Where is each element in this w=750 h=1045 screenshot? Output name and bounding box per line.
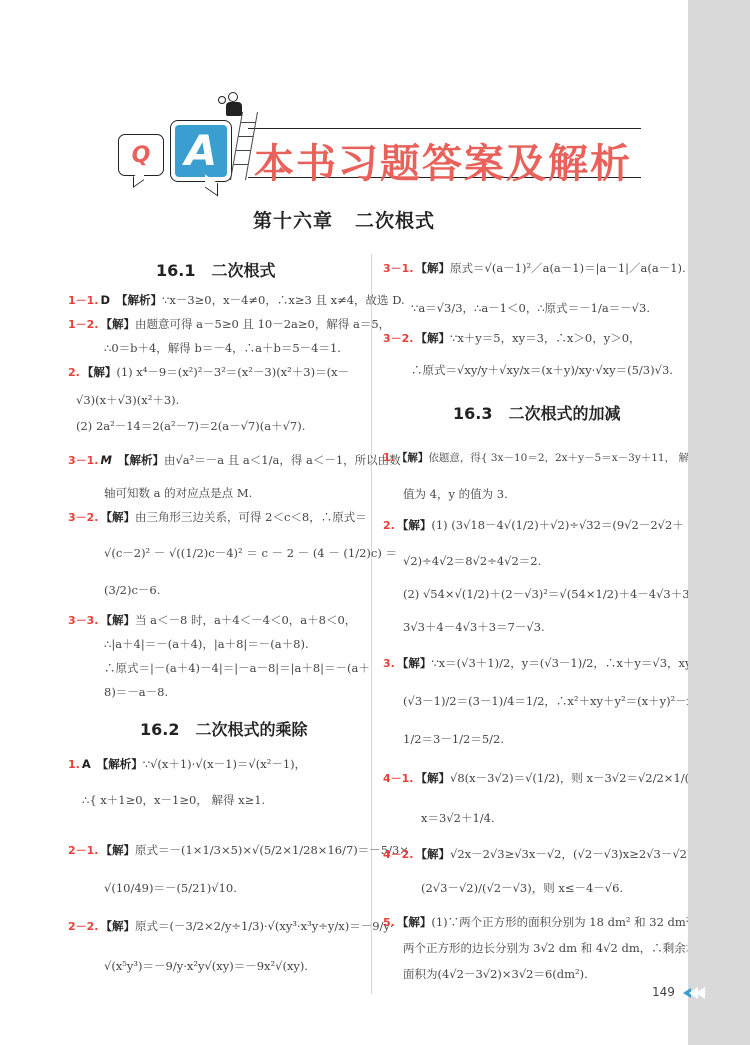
a-label: A	[185, 130, 218, 172]
answer-line: (3/2)c－6.	[104, 582, 160, 598]
chapter-number: 第十六章	[253, 210, 333, 232]
answer-line: 3√3＋4－4√3＋3＝7－√3.	[403, 619, 545, 635]
banner-title: 本书习题答案及解析	[254, 132, 632, 189]
answer-line: 2－2.【解】原式＝(－3/2×2/y÷1/3)·√(xy³·x³y÷y/x)＝…	[68, 918, 394, 935]
answer-line: 2－1.【解】原式＝－(1×1/3×5)×√(5/2×1/28×16/7)＝－5…	[68, 842, 409, 859]
textbook-page: Q A 本书习题答案及解析 第十六章二次根式 16.1 二次根式 1－1.D【解…	[0, 0, 688, 1045]
answer-line: 8)＝－a－8.	[104, 684, 168, 700]
answer-line: √(c－2)² － √((1/2)c－4)² ＝ c － 2 － (4 － (1…	[104, 545, 397, 561]
answer-line: 2.【解】(1) x⁴－9＝(x²)²－3²＝(x²－3)(x²＋3)＝(x－	[68, 364, 349, 381]
answer-line: 3－2.【解】∵x＋y＝5，xy＝3，∴x＞0，y＞0，	[383, 330, 641, 347]
answer-line: ∴原式＝|－(a＋4)－4|＝|－a－8|＝|a＋8|＝－(a＋	[104, 660, 370, 676]
section-title-16-2: 16.2 二次根式的乘除	[140, 717, 307, 740]
answer-line: 1/2＝3－1/2＝5/2.	[403, 731, 504, 747]
column-divider	[371, 254, 372, 994]
chapter-title: 第十六章二次根式	[0, 206, 688, 233]
a-bubble-icon: A	[170, 120, 232, 182]
page-margin-gray	[688, 0, 750, 1045]
answer-line: 值为 4，y 的值为 3.	[403, 486, 508, 502]
answer-line: ∴0＝b＋4，解得 b＝－4，∴a＋b＝5－4＝1.	[104, 340, 341, 356]
banner-rule-top	[248, 128, 641, 129]
answer-line: (2) 2a²－14＝2(a²－7)＝2(a－√7)(a＋√7).	[76, 418, 305, 434]
answer-line: 1.A【解析】∵√(x＋1)·√(x－1)＝√(x²－1)，	[68, 756, 306, 773]
chapter-name: 二次根式	[355, 210, 435, 232]
answer-line: 5.【解】(1)∵两个正方形的面积分别为 18 dm² 和 32 dm²，∴这	[383, 914, 725, 931]
answer-line: (2) √54×√(1/2)＋(2－√3)²＝√(54×1/2)＋4－4√3＋3…	[403, 586, 701, 602]
answer-line: √(10/49)＝－(5/21)√10.	[104, 880, 237, 896]
answer-line: 面积为(4√2－3√2)×3√2＝6(dm²).	[403, 966, 588, 982]
answer-line: 1－1.D【解析】∵x－3≥0，x－4≠0，∴x≥3 且 x≠4，故选 D.	[68, 292, 405, 309]
magnifier-person-icon	[218, 92, 244, 122]
answer-line: x＝3√2＋1/4.	[421, 810, 495, 826]
q-bubble-icon: Q	[118, 134, 164, 176]
answer-line: 3－3.【解】当 a＜－8 时，a＋4＜－4＜0，a＋8＜0，	[68, 612, 356, 629]
answer-line: ∴{ x＋1≥0，x－1≥0， 解得 x≥1.	[82, 792, 265, 808]
answer-line: √2)÷4√2＝8√2÷4√2＝2.	[403, 553, 541, 569]
answer-line: (2√3－√2)/(√2－√3)，则 x≤－4－√6.	[421, 880, 623, 896]
answer-banner: Q A 本书习题答案及解析	[118, 92, 638, 202]
section-title-16-3: 16.3 二次根式的加减	[453, 401, 620, 424]
answer-line: √(x⁵y³)＝－9/y·x²y√(xy)＝－9x²√(xy).	[104, 958, 308, 974]
answer-line: 3－1.【解】原式＝√(a－1)²／a(a－1)＝|a－1|／a(a－1).	[383, 260, 686, 277]
answer-line: ∵a＝√3/3，∴a－1＜0，∴原式＝－1/a＝－√3.	[411, 300, 650, 316]
answer-line: ∴|a＋4|＝－(a＋4)，|a＋8|＝－(a＋8).	[104, 636, 309, 652]
answer-line: √3)(x＋√3)(x²＋3).	[76, 392, 179, 408]
q-label: Q	[132, 143, 151, 168]
section-title-16-1: 16.1 二次根式	[156, 258, 275, 281]
answer-line: 轴可知数 a 的对应点是点 M.	[104, 485, 252, 501]
answer-line: 2.【解】(1) (3√18－4√(1/2)＋√2)÷√32＝(9√2－2√2＋	[383, 517, 684, 534]
page-arrow-white-icon	[696, 987, 705, 999]
answer-line: 1－2.【解】由题意可得 a－5≥0 且 10－2a≥0，解得 a＝5，	[68, 316, 390, 333]
page-number: 149	[652, 985, 675, 999]
answer-line: 3－1.M【解析】由√a²＝－a 且 a＜1/a，得 a＜－1，所以由数	[68, 452, 401, 469]
answer-line: 3－2.【解】由三角形三边关系，可得 2＜c＜8，∴原式＝	[68, 509, 367, 526]
answer-line: 4－2.【解】√2x－2√3≥√3x－√2，(√2－√3)x≥2√3－√2，故 …	[383, 846, 730, 863]
answer-line: ∴原式＝√xy/y＋√xy/x＝(x＋y)/xy·√xy＝(5/3)√3.	[411, 362, 673, 378]
answer-line: 两个正方形的边长分别为 3√2 dm 和 4√2 dm，∴剩余木料的	[403, 940, 720, 956]
